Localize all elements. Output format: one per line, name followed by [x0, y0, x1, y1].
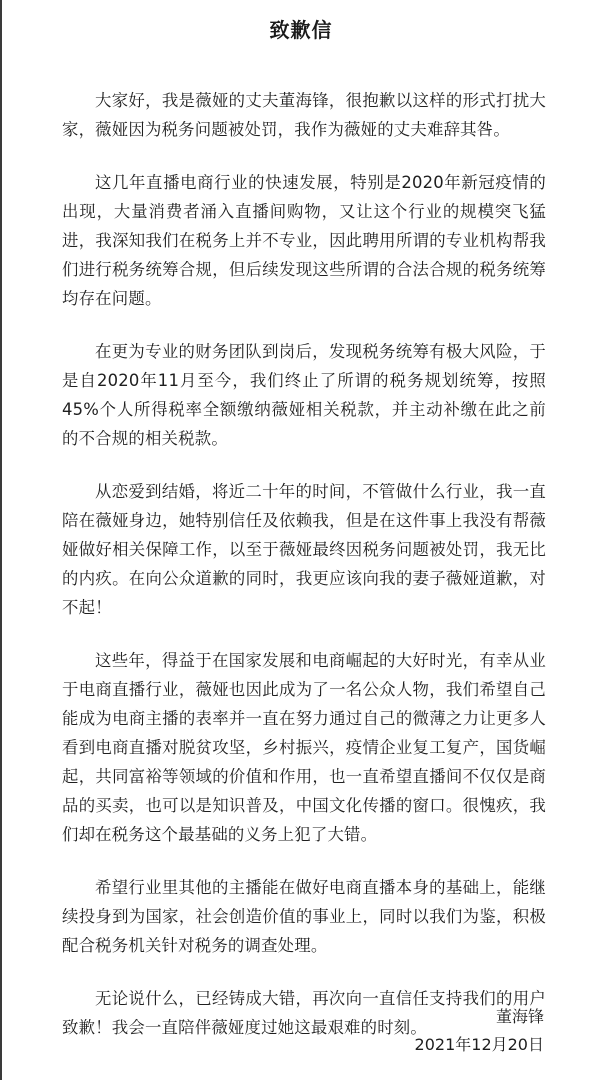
paragraph-1: 大家好，我是薇娅的丈夫董海锋，很抱歉以这样的形式打扰大家，薇娅因为税务问题被处罚…: [62, 86, 546, 144]
signature-block: 董海锋 2021年12月20日: [415, 1003, 544, 1059]
paragraph-3: 在更为专业的财务团队到岗后，发现税务统筹有极大风险，于是自2020年11月至今，…: [62, 337, 546, 453]
paragraph-6: 希望行业里其他的主播能在做好电商直播本身的基础上，能继续投身到为国家，社会创造价…: [62, 873, 546, 960]
signature-date: 2021年12月20日: [415, 1031, 544, 1059]
letter-body: 大家好，我是薇娅的丈夫董海锋，很抱歉以这样的形式打扰大家，薇娅因为税务问题被处罚…: [62, 86, 546, 1066]
signature-name: 董海锋: [415, 1003, 544, 1031]
paragraph-4: 从恋爱到结婚，将近二十年的时间，不管做什么行业，我一直陪在薇娅身边，她特别信任及…: [62, 477, 546, 622]
left-border: [0, 0, 2, 1080]
letter-title: 致歉信: [0, 14, 602, 43]
paragraph-2: 这几年直播电商行业的快速发展，特别是2020年新冠疫情的出现，大量消费者涌入直播…: [62, 168, 546, 313]
paragraph-5: 这些年，得益于在国家发展和电商崛起的大好时光，有幸从业于电商直播行业，薇娅也因此…: [62, 646, 546, 849]
